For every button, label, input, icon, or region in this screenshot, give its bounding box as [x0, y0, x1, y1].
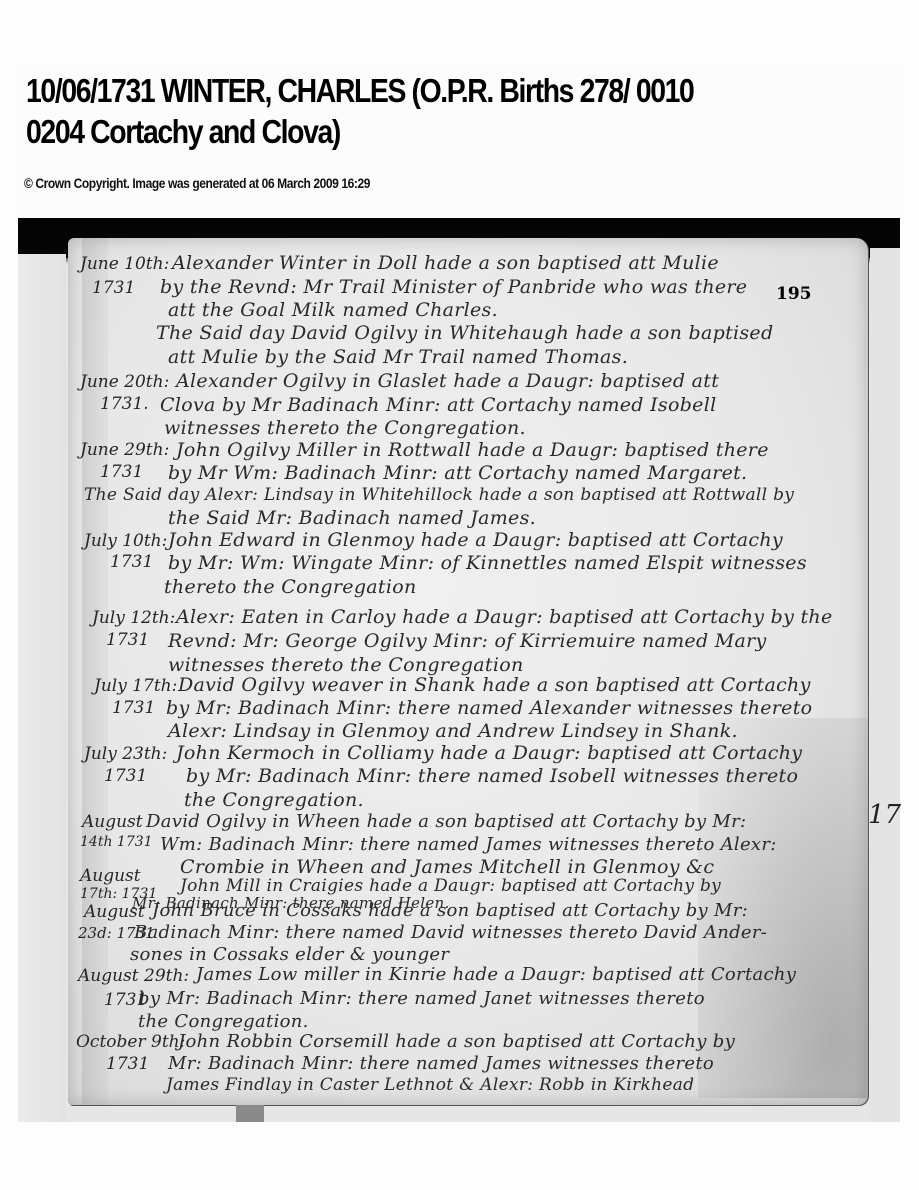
- entry-year: 1731: [106, 630, 149, 650]
- entry-line: The Said day Alexr: Lindsay in Whitehill…: [84, 485, 794, 505]
- entry-line: by Mr: Badinach Minr: there named Isobel…: [186, 765, 798, 787]
- entry-line: Clova by Mr Badinach Minr: att Cortachy …: [160, 394, 716, 416]
- entry-line: Crombie in Wheen and James Mitchell in G…: [180, 856, 714, 878]
- record-title: 10/06/1731 WINTER, CHARLES (O.P.R. Birth…: [26, 70, 886, 152]
- entry-line: by Mr: Badinach Minr: there named Janet …: [138, 988, 705, 1009]
- copyright-notice: © Crown Copyright. Image was generated a…: [24, 175, 370, 191]
- entry-date: August: [84, 902, 145, 922]
- entry-line: by the Revnd: Mr Trail Minister of Panbr…: [160, 276, 747, 298]
- entry-line: att the Goal Milk named Charles.: [168, 299, 498, 321]
- record-header: 10/06/1731 WINTER, CHARLES (O.P.R. Birth…: [18, 62, 900, 214]
- entry-line: John Ogilvy Miller in Rottwall hade a Da…: [176, 439, 769, 461]
- entry-date: June 20th:: [80, 372, 169, 392]
- entry-year: 1731: [110, 552, 153, 572]
- entry-line: the Congregation.: [138, 1011, 309, 1032]
- entry-line: John Mill in Craigies hade a Daugr: bapt…: [180, 876, 721, 896]
- entry-year: 1731: [112, 698, 155, 718]
- entry-line: witnesses thereto the Congregation: [168, 654, 523, 676]
- entry-line: John Kermoch in Colliamy hade a Daugr: b…: [176, 742, 802, 764]
- entry-date: October 9th:: [76, 1032, 185, 1052]
- entry-date: July 12th:: [92, 608, 175, 628]
- entry-year: 1731: [92, 278, 135, 298]
- entry-year: 1731: [100, 462, 143, 482]
- entry-line: John Edward in Glenmoy hade a Daugr: bap…: [168, 529, 783, 551]
- entry-line: by Mr Wm: Badinach Minr: att Cortachy na…: [168, 462, 747, 484]
- entry-line: David Ogilvy weaver in Shank hade a son …: [178, 674, 811, 696]
- entry-line: David Ogilvy in Wheen hade a son baptise…: [146, 811, 746, 832]
- book-binding-left: [18, 254, 66, 1122]
- entry-line: sones in Cossaks elder & younger: [130, 944, 449, 965]
- entry-line: by Mr: Wm: Wingate Minr: of Kinnettles n…: [168, 552, 807, 574]
- entry-year: 1731: [104, 766, 147, 786]
- entry-line: the Congregation.: [184, 789, 364, 811]
- entry-date: July 17th:: [94, 676, 177, 696]
- entry-line: Badinach Minr: there named David witness…: [134, 922, 767, 943]
- entry-line: Mr: Badinach Minr: there named James wit…: [168, 1053, 714, 1074]
- entry-date: August 29th:: [78, 966, 189, 986]
- entry-line: the Said Mr: Badinach named James.: [168, 507, 536, 529]
- entry-date: June 29th:: [80, 440, 169, 460]
- entry-line: Wm: Badinach Minr: there named James wit…: [160, 834, 777, 855]
- entry-line: Alexr: Lindsay in Glenmoy and Andrew Lin…: [168, 720, 738, 742]
- entry-line: John Robbin Corsemill hade a son baptise…: [178, 1031, 735, 1052]
- entry-line: Revnd: Mr: George Ogilvy Minr: of Kirrie…: [168, 630, 767, 652]
- record-title-line-1: 10/06/1731 WINTER, CHARLES (O.P.R. Birth…: [26, 70, 886, 111]
- bookmark-ribbon: [236, 1105, 264, 1122]
- entry-line: John Bruce in Cossaks hade a son baptise…: [152, 900, 748, 921]
- entry-date: July 23th:: [84, 744, 167, 764]
- entry-line: Alexander Ogilvy in Glaslet hade a Daugr…: [176, 370, 719, 392]
- entry-line: The Said day David Ogilvy in Whitehaugh …: [156, 322, 773, 344]
- entry-line: Alexander Winter in Doll hade a son bapt…: [172, 252, 719, 274]
- record-title-line-2: 0204 Cortachy and Clova): [26, 111, 886, 152]
- folio-number: 195: [776, 284, 812, 304]
- entry-year: 14th 1731: [80, 834, 153, 850]
- entry-year: 1731.: [100, 394, 149, 414]
- entry-line: Alexr: Eaten in Carloy hade a Daugr: bap…: [176, 606, 833, 628]
- entry-date: August: [82, 812, 143, 832]
- entry-line: witnesses thereto the Congregation.: [164, 417, 526, 439]
- entry-date: July 10th:: [84, 531, 167, 551]
- entry-line: James Low miller in Kinrie hade a Daugr:…: [196, 964, 796, 985]
- book-binding-right: [870, 248, 900, 1122]
- entry-line: thereto the Congregation: [164, 576, 417, 598]
- entry-line: James Findlay in Caster Lethnot & Alexr:…: [166, 1075, 694, 1095]
- entry-line: att Mulie by the Said Mr Trail named Tho…: [168, 346, 628, 368]
- margin-mark: 17: [868, 800, 901, 830]
- entry-date: August: [80, 866, 141, 886]
- entry-date: June 10th:: [80, 254, 169, 274]
- entry-line: by Mr: Badinach Minr: there named Alexan…: [166, 697, 812, 719]
- entry-year: 1731: [106, 1054, 149, 1074]
